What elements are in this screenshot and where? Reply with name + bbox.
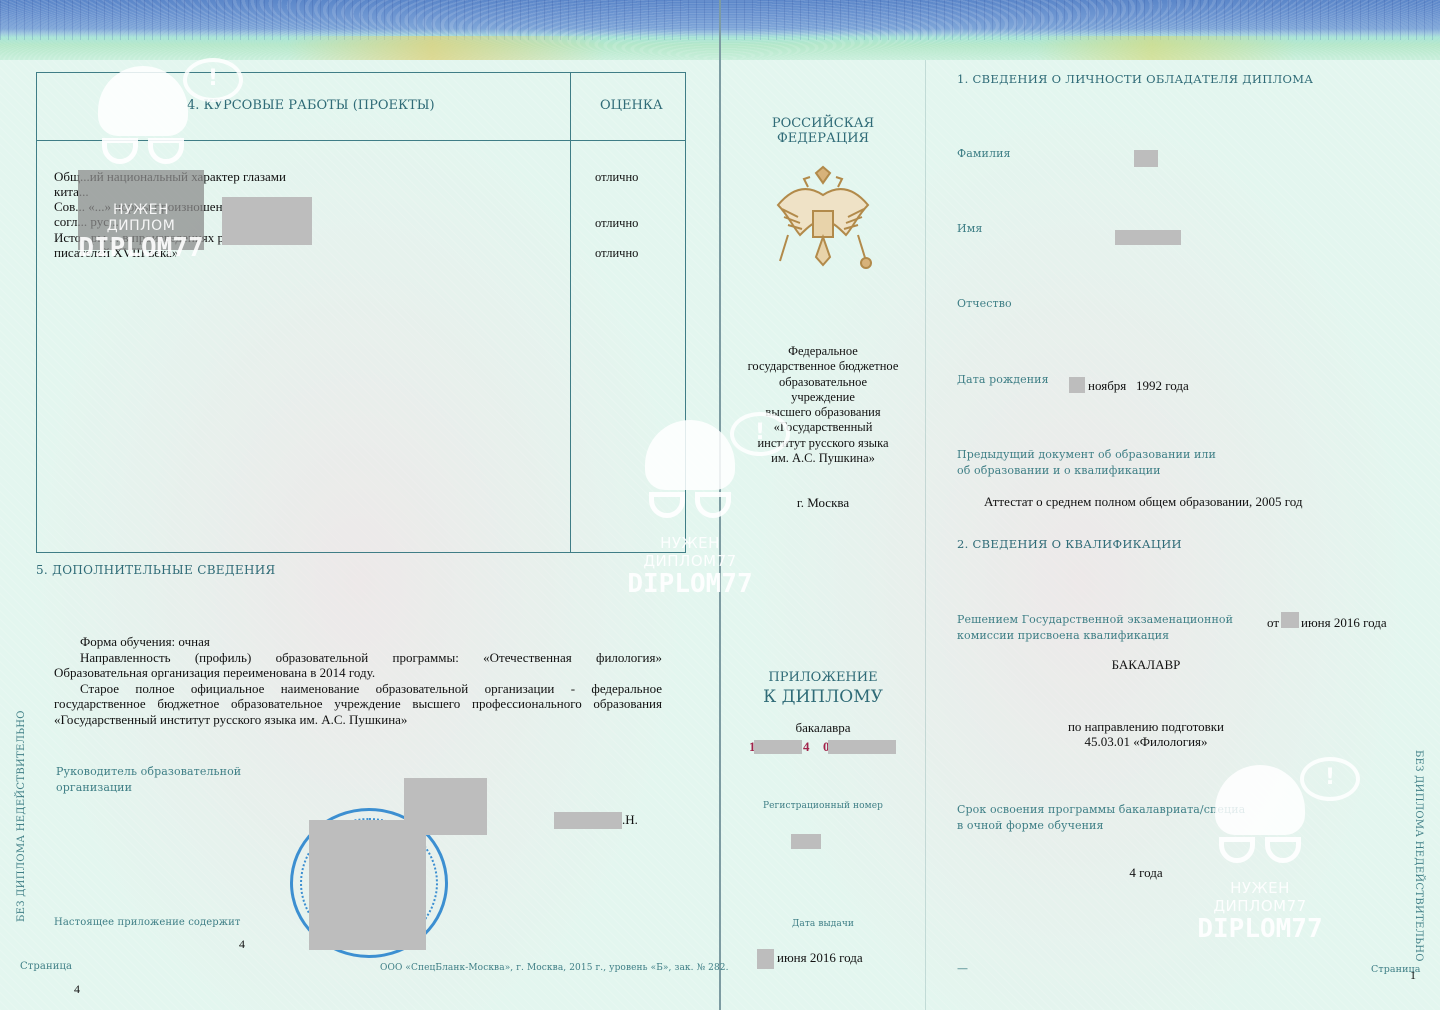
redaction-block <box>554 812 622 829</box>
institution-name: Федеральное государственное бюджетное об… <box>721 344 925 466</box>
course-line: писателей XVIII века» <box>54 245 178 261</box>
section1-title: 1. СВЕДЕНИЯ О ЛИЧНОСТИ ОБЛАДАТЕЛЯ ДИПЛОМ… <box>957 72 1313 86</box>
page-number: 4 <box>74 982 80 997</box>
grade-value: отлично <box>595 170 638 185</box>
section5-body: Форма обучения: очная Направленность (пр… <box>54 634 662 727</box>
degree-type: бакалавра <box>721 720 925 736</box>
head-label-2: организации <box>56 781 132 794</box>
grade-value: отлично <box>595 246 638 261</box>
course-line: Сов... «...» нормы произношения <box>54 199 235 215</box>
decision-label: Решением Государственной экзаменационной <box>957 613 1233 626</box>
study-form: Форма обучения: очная <box>54 634 662 650</box>
redaction-block <box>1281 612 1299 628</box>
redaction-block <box>754 740 802 754</box>
renamed-note: Образовательная организация переименован… <box>54 665 662 681</box>
prev-doc-value: Аттестат о среднем полном общем образова… <box>984 494 1303 510</box>
head-name: .Н. <box>622 812 638 828</box>
coursework-header: 4. КУРСОВЫЕ РАБОТЫ (ПРОЕКТЫ) <box>187 98 435 113</box>
patronymic-label: Отчество <box>957 297 1012 310</box>
redaction-block <box>757 949 774 969</box>
country-line-1: РОССИЙСКАЯ <box>721 116 925 131</box>
dob-label: Дата рождения <box>957 373 1049 386</box>
head-label: Руководитель образовательной <box>56 765 241 778</box>
validity-note: БЕЗ ДИПЛОМА НЕДЕЙСТВИТЕЛЬНО <box>1413 750 1424 962</box>
serial-mid: 4 <box>803 739 810 755</box>
institution-line: высшего образования <box>721 405 925 420</box>
page-label: Страница <box>20 961 72 972</box>
decision-date-prefix: от <box>1267 615 1279 631</box>
decision-label-2: комиссии присвоена квалификация <box>957 629 1169 642</box>
direction-code: 45.03.01 «Филология» <box>1026 734 1266 750</box>
page-number: 1 <box>1410 968 1416 983</box>
course-line: Общ...ий национальный характер глазами <box>54 169 286 185</box>
qualification: БАКАЛАВР <box>1046 657 1246 673</box>
course-line: согл... рус... <box>54 214 119 230</box>
dash: — <box>957 962 968 975</box>
dob-value: ноября 1992 года <box>1088 378 1189 394</box>
duration-value: 4 года <box>1096 865 1196 881</box>
institution-line: учреждение <box>721 390 925 405</box>
duration-label-2: в очной форме обучения <box>957 819 1104 832</box>
contains-label: Настоящее приложение содержит <box>54 917 241 928</box>
direction-line-1: по направлению подготовки <box>1026 719 1266 735</box>
printer-imprint: ООО «СпецБланк-Москва», г. Москва, 2015 … <box>380 963 729 973</box>
grade-header: ОЦЕНКА <box>600 98 663 113</box>
institution-line: государственное бюджетное <box>721 359 925 374</box>
city: г. Москва <box>721 495 925 511</box>
issue-date-value: июня 2016 года <box>777 950 863 966</box>
country-title: РОССИЙСКАЯ ФЕДЕРАЦИЯ <box>721 116 925 146</box>
name-label: Имя <box>957 222 982 235</box>
coat-of-arms-icon <box>721 165 925 282</box>
prev-doc-label-2: об образовании и о квалификации <box>957 464 1161 477</box>
redaction-block <box>404 778 487 835</box>
page-divider <box>925 60 926 1010</box>
section2-title: 2. СВЕДЕНИЯ О КВАЛИФИКАЦИИ <box>957 537 1182 551</box>
redaction-block <box>1134 150 1158 167</box>
grade-value: отлично <box>595 216 638 231</box>
table-column-divider <box>570 73 571 552</box>
decision-date-value: июня 2016 года <box>1301 615 1387 631</box>
prev-doc-label: Предыдущий документ об образовании или <box>957 448 1216 461</box>
institution-line: институт русского языка <box>721 436 925 451</box>
redaction-block <box>1069 377 1085 393</box>
redaction-block <box>828 740 896 754</box>
course-line: кита... <box>54 184 89 200</box>
institution-line: «Государственный <box>721 420 925 435</box>
country-line-2: ФЕДЕРАЦИЯ <box>721 131 925 146</box>
institution-line: им. А.С. Пушкина» <box>721 451 925 466</box>
program-profile: Направленность (профиль) образовательной… <box>54 650 662 666</box>
reg-number-label: Регистрационный номер <box>721 801 925 811</box>
surname-label: Фамилия <box>957 147 1011 160</box>
coursework-table: 4. КУРСОВЫЕ РАБОТЫ (ПРОЕКТЫ) ОЦЕНКА Общ.… <box>36 72 686 553</box>
redaction-block <box>791 834 821 849</box>
table-header-divider <box>37 140 685 141</box>
redaction-block <box>1115 230 1181 245</box>
redaction-block <box>222 197 312 245</box>
appendix-title-2: К ДИПЛОМУ <box>721 687 925 707</box>
issue-date-label: Дата выдачи <box>721 919 925 929</box>
redaction-block <box>309 820 426 950</box>
duration-label: Срок освоения программы бакалавриата/спе… <box>957 803 1245 816</box>
section5-title: 5. ДОПОЛНИТЕЛЬНЫЕ СВЕДЕНИЯ <box>36 563 276 577</box>
institution-line: Федеральное <box>721 344 925 359</box>
appendix-title-1: ПРИЛОЖЕНИЕ <box>721 670 925 685</box>
institution-line: образовательное <box>721 375 925 390</box>
contains-value: 4 <box>239 937 245 952</box>
validity-note: БЕЗ ДИПЛОМА НЕДЕЙСТВИТЕЛЬНО <box>16 710 27 922</box>
old-name-note: Старое полное официальное наименование о… <box>54 681 662 728</box>
